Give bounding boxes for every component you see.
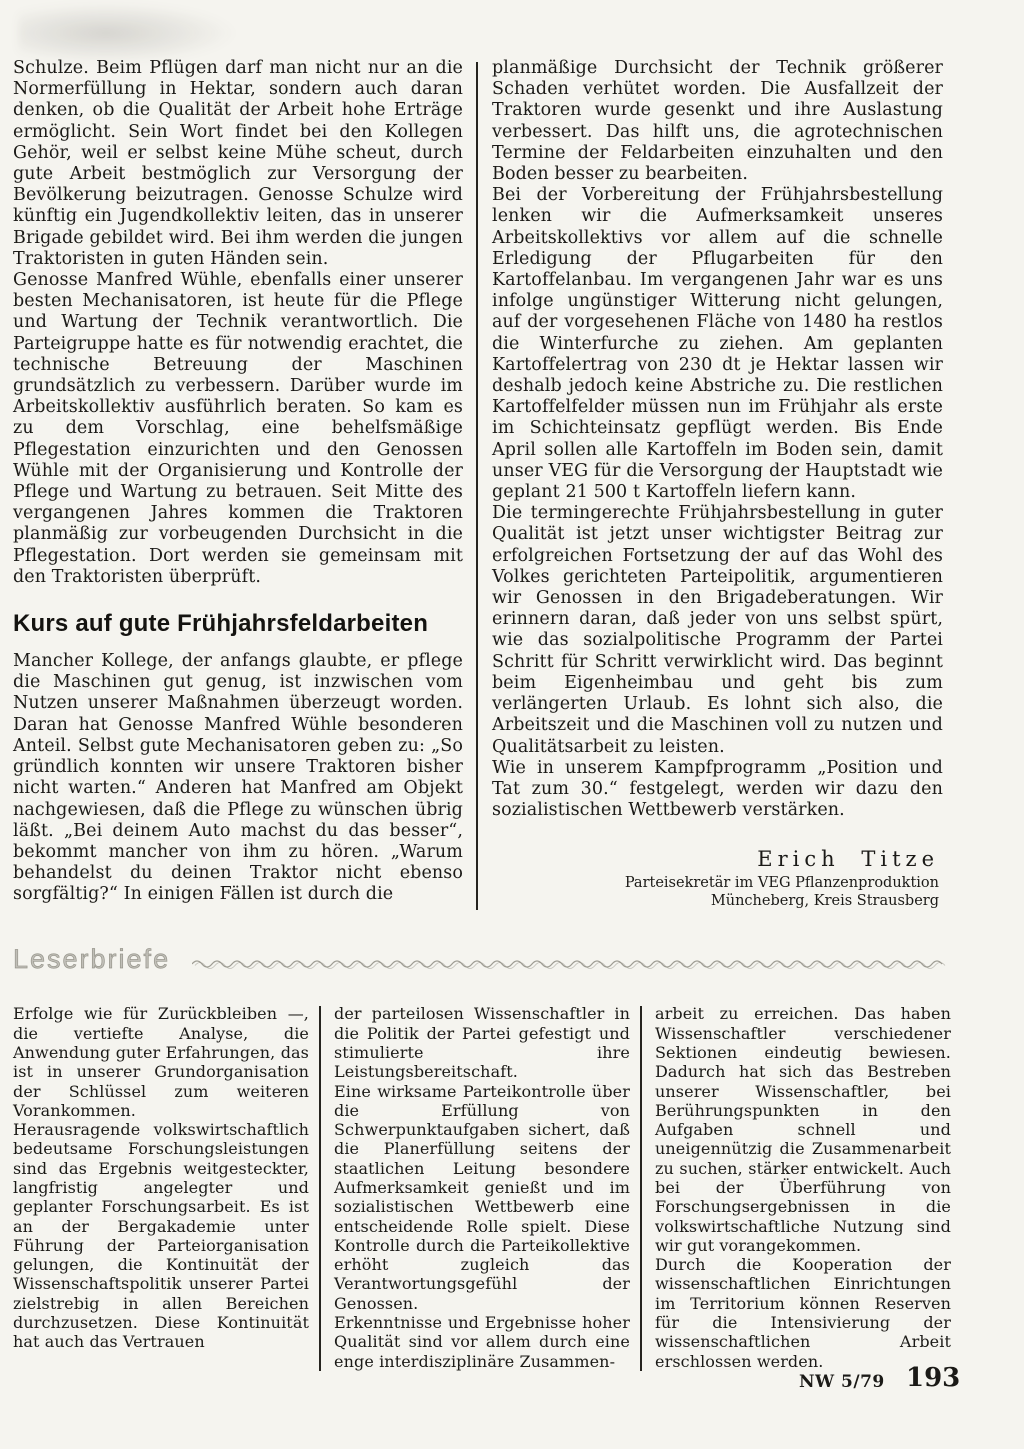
letter-paragraph: der parteilosen Wissenschaftler in die P…: [334, 1004, 630, 1081]
article-paragraph: Genosse Manfred Wühle, ebenfalls einer u…: [13, 270, 463, 588]
footer-page-number: 193: [906, 1363, 960, 1393]
article-column-right: planmäßige Durchsicht der Technik größer…: [492, 58, 943, 910]
article-paragraph: Mancher Kollege, der anfangs glaubte, er…: [13, 651, 463, 905]
letter-paragraph: Erfolge wie für Zurückbleiben —, die ver…: [13, 1004, 309, 1120]
signature-location: Müncheberg, Kreis Strausberg: [492, 892, 939, 910]
letters-section-title: Leserbriefe: [13, 944, 170, 975]
column-divider: [476, 62, 478, 910]
signature-block: Erich Titze Parteisekretär im VEG Pflanz…: [492, 847, 943, 910]
letter-paragraph: Durch die Kooperation der wissenschaftli…: [655, 1255, 951, 1371]
signature-role: Parteisekretär im VEG Pflanzenproduktion: [492, 874, 939, 892]
letters-column-3: arbeit zu erreichen. Das haben Wissensch…: [655, 1004, 951, 1371]
letter-paragraph: Erkenntnisse und Ergebnisse hoher Qualit…: [334, 1313, 630, 1371]
article-columns: Schulze. Beim Pflügen darf man nicht nur…: [0, 0, 1024, 910]
column-divider: [319, 1006, 321, 1371]
letters-columns: Erfolge wie für Zurückbleiben —, die ver…: [13, 1004, 1024, 1371]
article-subheading: Kurs auf gute Frühjahrsfeldarbeiten: [13, 610, 463, 638]
article-paragraph: Wie in unserem Kampfprogramm „Position u…: [492, 758, 943, 822]
letter-paragraph: arbeit zu erreichen. Das haben Wissensch…: [655, 1004, 951, 1255]
squiggle-rule: [192, 958, 954, 970]
article-paragraph: Schulze. Beim Pflügen darf man nicht nur…: [13, 58, 463, 270]
article-paragraph: planmäßige Durchsicht der Technik größer…: [492, 58, 943, 185]
footer-issue-label: NW 5/79: [799, 1372, 885, 1392]
column-divider: [640, 1006, 642, 1371]
letters-column-1: Erfolge wie für Zurückbleiben —, die ver…: [13, 1004, 309, 1371]
letters-section-header: Leserbriefe: [13, 940, 1024, 978]
magazine-page: Schulze. Beim Pflügen darf man nicht nur…: [0, 0, 1024, 1449]
article-paragraph: Die termingerechte Frühjahrsbestellung i…: [492, 503, 943, 757]
letter-paragraph: Eine wirksame Parteikontrolle über die E…: [334, 1082, 630, 1314]
signature-name: Erich Titze: [492, 847, 939, 871]
letters-column-2: der parteilosen Wissenschaftler in die P…: [334, 1004, 630, 1371]
article-paragraph: Bei der Vorbereitung der Frühjahrsbestel…: [492, 185, 943, 503]
letter-paragraph: Herausragende volkswirtschaftlich bedeut…: [13, 1120, 309, 1352]
article-column-left: Schulze. Beim Pflügen darf man nicht nur…: [13, 58, 463, 910]
